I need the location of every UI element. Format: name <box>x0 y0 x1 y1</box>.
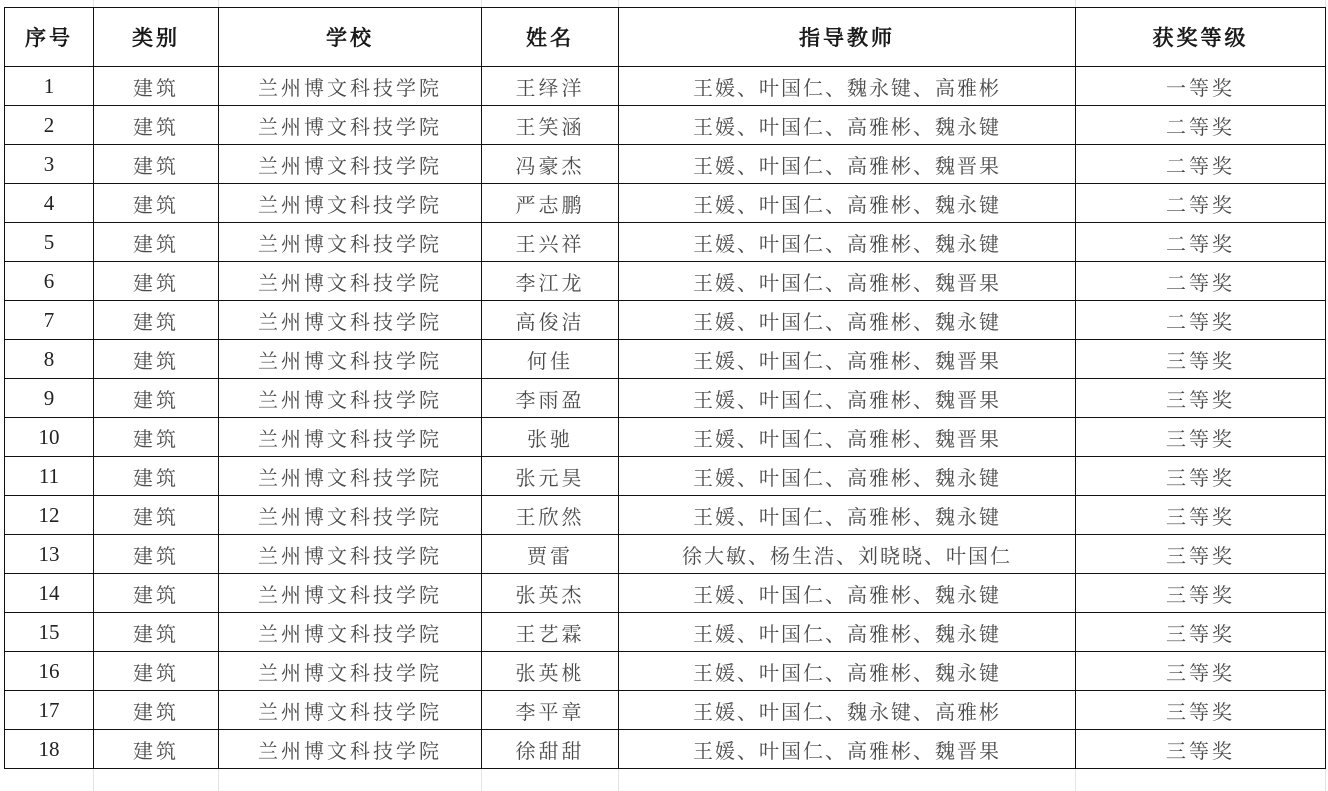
cell-teachers: 王媛、叶国仁、高雅彬、魏永键 <box>619 613 1076 652</box>
column-header-name: 姓名 <box>482 8 619 67</box>
table-row: 3建筑兰州博文科技学院冯豪杰王媛、叶国仁、高雅彬、魏晋果二等奖 <box>5 145 1326 184</box>
cell-category: 建筑 <box>94 730 219 769</box>
cell-student-name: 张英杰 <box>482 574 619 613</box>
cell-category: 建筑 <box>94 106 219 145</box>
table-row: 2建筑兰州博文科技学院王笑涵王媛、叶国仁、高雅彬、魏永键二等奖 <box>5 106 1326 145</box>
cell-award-level: 三等奖 <box>1076 613 1326 652</box>
cell-school: 兰州博文科技学院 <box>219 184 482 223</box>
table-row: 13建筑兰州博文科技学院贾雷徐大敏、杨生浩、刘晓晓、叶国仁三等奖 <box>5 535 1326 574</box>
cell-number: 15 <box>5 613 94 652</box>
cell-teachers: 王媛、叶国仁、高雅彬、魏晋果 <box>619 340 1076 379</box>
cell-award-level: 三等奖 <box>1076 457 1326 496</box>
cell-student-name: 王兴祥 <box>482 223 619 262</box>
cell-student-name: 冯豪杰 <box>482 145 619 184</box>
cell-category: 建筑 <box>94 340 219 379</box>
cell-category: 建筑 <box>94 496 219 535</box>
cell-school: 兰州博文科技学院 <box>219 145 482 184</box>
cell-teachers: 王媛、叶国仁、魏永键、高雅彬 <box>619 67 1076 106</box>
cell-teachers: 王媛、叶国仁、高雅彬、魏晋果 <box>619 262 1076 301</box>
cell-number: 7 <box>5 301 94 340</box>
table-row: 7建筑兰州博文科技学院高俊洁王媛、叶国仁、高雅彬、魏永键二等奖 <box>5 301 1326 340</box>
table-row: 11建筑兰州博文科技学院张元昊王媛、叶国仁、高雅彬、魏永键三等奖 <box>5 457 1326 496</box>
column-header-category: 类别 <box>94 8 219 67</box>
cell-teachers: 王媛、叶国仁、高雅彬、魏晋果 <box>619 730 1076 769</box>
cell-award-level: 三等奖 <box>1076 574 1326 613</box>
cell-number: 10 <box>5 418 94 457</box>
cell-teachers: 王媛、叶国仁、高雅彬、魏晋果 <box>619 145 1076 184</box>
table-row: 6建筑兰州博文科技学院李江龙王媛、叶国仁、高雅彬、魏晋果二等奖 <box>5 262 1326 301</box>
cell-number: 6 <box>5 262 94 301</box>
cell-student-name: 李雨盈 <box>482 379 619 418</box>
cell-number: 5 <box>5 223 94 262</box>
cell-student-name: 严志鹏 <box>482 184 619 223</box>
cell-number: 17 <box>5 691 94 730</box>
cell-number: 14 <box>5 574 94 613</box>
cell-school: 兰州博文科技学院 <box>219 379 482 418</box>
cell-school: 兰州博文科技学院 <box>219 106 482 145</box>
cell-student-name: 张英桃 <box>482 652 619 691</box>
cell-school: 兰州博文科技学院 <box>219 301 482 340</box>
column-header-award: 获奖等级 <box>1076 8 1326 67</box>
cell-teachers: 王媛、叶国仁、高雅彬、魏晋果 <box>619 418 1076 457</box>
cell-student-name: 王绎洋 <box>482 67 619 106</box>
column-header-teachers: 指导教师 <box>619 8 1076 67</box>
cell-student-name: 何佳 <box>482 340 619 379</box>
cell-school: 兰州博文科技学院 <box>219 691 482 730</box>
cell-teachers: 王媛、叶国仁、高雅彬、魏永键 <box>619 457 1076 496</box>
cell-student-name: 张元昊 <box>482 457 619 496</box>
cell-category: 建筑 <box>94 691 219 730</box>
cell-teachers: 王媛、叶国仁、高雅彬、魏永键 <box>619 496 1076 535</box>
cell-school: 兰州博文科技学院 <box>219 574 482 613</box>
table-row: 12建筑兰州博文科技学院王欣然王媛、叶国仁、高雅彬、魏永键三等奖 <box>5 496 1326 535</box>
table-row: 14建筑兰州博文科技学院张英杰王媛、叶国仁、高雅彬、魏永键三等奖 <box>5 574 1326 613</box>
table-body: 1建筑兰州博文科技学院王绎洋王媛、叶国仁、魏永键、高雅彬一等奖2建筑兰州博文科技… <box>5 67 1326 769</box>
cell-category: 建筑 <box>94 457 219 496</box>
cell-school: 兰州博文科技学院 <box>219 262 482 301</box>
cell-number: 12 <box>5 496 94 535</box>
cell-award-level: 三等奖 <box>1076 496 1326 535</box>
table-row: 18建筑兰州博文科技学院徐甜甜王媛、叶国仁、高雅彬、魏晋果三等奖 <box>5 730 1326 769</box>
cell-school: 兰州博文科技学院 <box>219 496 482 535</box>
cell-award-level: 二等奖 <box>1076 184 1326 223</box>
table-row: 17建筑兰州博文科技学院李平章王媛、叶国仁、魏永键、高雅彬三等奖 <box>5 691 1326 730</box>
cell-school: 兰州博文科技学院 <box>219 340 482 379</box>
cell-award-level: 三等奖 <box>1076 730 1326 769</box>
cell-category: 建筑 <box>94 535 219 574</box>
cell-student-name: 王艺霖 <box>482 613 619 652</box>
cell-teachers: 徐大敏、杨生浩、刘晓晓、叶国仁 <box>619 535 1076 574</box>
cell-category: 建筑 <box>94 262 219 301</box>
cell-teachers: 王媛、叶国仁、高雅彬、魏永键 <box>619 223 1076 262</box>
cell-number: 11 <box>5 457 94 496</box>
cell-number: 4 <box>5 184 94 223</box>
cell-award-level: 二等奖 <box>1076 106 1326 145</box>
cell-teachers: 王媛、叶国仁、魏永键、高雅彬 <box>619 691 1076 730</box>
cell-school: 兰州博文科技学院 <box>219 223 482 262</box>
cell-school: 兰州博文科技学院 <box>219 613 482 652</box>
cell-teachers: 王媛、叶国仁、高雅彬、魏永键 <box>619 301 1076 340</box>
cell-teachers: 王媛、叶国仁、高雅彬、魏永键 <box>619 106 1076 145</box>
cell-category: 建筑 <box>94 67 219 106</box>
cell-number: 9 <box>5 379 94 418</box>
award-results-table: 序号 类别 学校 姓名 指导教师 获奖等级 1建筑兰州博文科技学院王绎洋王媛、叶… <box>4 7 1326 769</box>
cell-category: 建筑 <box>94 613 219 652</box>
cell-category: 建筑 <box>94 223 219 262</box>
cell-award-level: 三等奖 <box>1076 652 1326 691</box>
table-row: 16建筑兰州博文科技学院张英桃王媛、叶国仁、高雅彬、魏永键三等奖 <box>5 652 1326 691</box>
cell-award-level: 三等奖 <box>1076 691 1326 730</box>
cell-category: 建筑 <box>94 379 219 418</box>
table-row: 5建筑兰州博文科技学院王兴祥王媛、叶国仁、高雅彬、魏永键二等奖 <box>5 223 1326 262</box>
cell-category: 建筑 <box>94 184 219 223</box>
cell-category: 建筑 <box>94 418 219 457</box>
cell-teachers: 王媛、叶国仁、高雅彬、魏永键 <box>619 184 1076 223</box>
cell-student-name: 李江龙 <box>482 262 619 301</box>
cell-category: 建筑 <box>94 301 219 340</box>
cell-award-level: 二等奖 <box>1076 301 1326 340</box>
cell-number: 3 <box>5 145 94 184</box>
cell-award-level: 一等奖 <box>1076 67 1326 106</box>
cell-school: 兰州博文科技学院 <box>219 457 482 496</box>
table-row: 4建筑兰州博文科技学院严志鹏王媛、叶国仁、高雅彬、魏永键二等奖 <box>5 184 1326 223</box>
table-row: 15建筑兰州博文科技学院王艺霖王媛、叶国仁、高雅彬、魏永键三等奖 <box>5 613 1326 652</box>
cell-number: 16 <box>5 652 94 691</box>
cell-category: 建筑 <box>94 574 219 613</box>
cell-student-name: 李平章 <box>482 691 619 730</box>
cell-teachers: 王媛、叶国仁、高雅彬、魏永键 <box>619 574 1076 613</box>
table-row: 10建筑兰州博文科技学院张驰王媛、叶国仁、高雅彬、魏晋果三等奖 <box>5 418 1326 457</box>
column-header-school: 学校 <box>219 8 482 67</box>
cell-award-level: 三等奖 <box>1076 418 1326 457</box>
column-header-number: 序号 <box>5 8 94 67</box>
cell-school: 兰州博文科技学院 <box>219 67 482 106</box>
cell-category: 建筑 <box>94 652 219 691</box>
cell-student-name: 王欣然 <box>482 496 619 535</box>
cell-award-level: 二等奖 <box>1076 145 1326 184</box>
cell-number: 13 <box>5 535 94 574</box>
cell-teachers: 王媛、叶国仁、高雅彬、魏永键 <box>619 652 1076 691</box>
cell-category: 建筑 <box>94 145 219 184</box>
cell-award-level: 二等奖 <box>1076 262 1326 301</box>
cell-student-name: 高俊洁 <box>482 301 619 340</box>
cell-student-name: 徐甜甜 <box>482 730 619 769</box>
cell-number: 1 <box>5 67 94 106</box>
table-row: 9建筑兰州博文科技学院李雨盈王媛、叶国仁、高雅彬、魏晋果三等奖 <box>5 379 1326 418</box>
cell-award-level: 三等奖 <box>1076 340 1326 379</box>
cell-number: 2 <box>5 106 94 145</box>
cell-award-level: 三等奖 <box>1076 379 1326 418</box>
table-row: 1建筑兰州博文科技学院王绎洋王媛、叶国仁、魏永键、高雅彬一等奖 <box>5 67 1326 106</box>
cell-award-level: 三等奖 <box>1076 535 1326 574</box>
table-header-row: 序号 类别 学校 姓名 指导教师 获奖等级 <box>5 8 1326 67</box>
cell-school: 兰州博文科技学院 <box>219 418 482 457</box>
cell-number: 8 <box>5 340 94 379</box>
cell-student-name: 贾雷 <box>482 535 619 574</box>
table-row: 8建筑兰州博文科技学院何佳王媛、叶国仁、高雅彬、魏晋果三等奖 <box>5 340 1326 379</box>
cell-number: 18 <box>5 730 94 769</box>
cell-teachers: 王媛、叶国仁、高雅彬、魏晋果 <box>619 379 1076 418</box>
cell-student-name: 张驰 <box>482 418 619 457</box>
cell-school: 兰州博文科技学院 <box>219 730 482 769</box>
cell-school: 兰州博文科技学院 <box>219 652 482 691</box>
cell-school: 兰州博文科技学院 <box>219 535 482 574</box>
cell-award-level: 二等奖 <box>1076 223 1326 262</box>
cell-student-name: 王笑涵 <box>482 106 619 145</box>
